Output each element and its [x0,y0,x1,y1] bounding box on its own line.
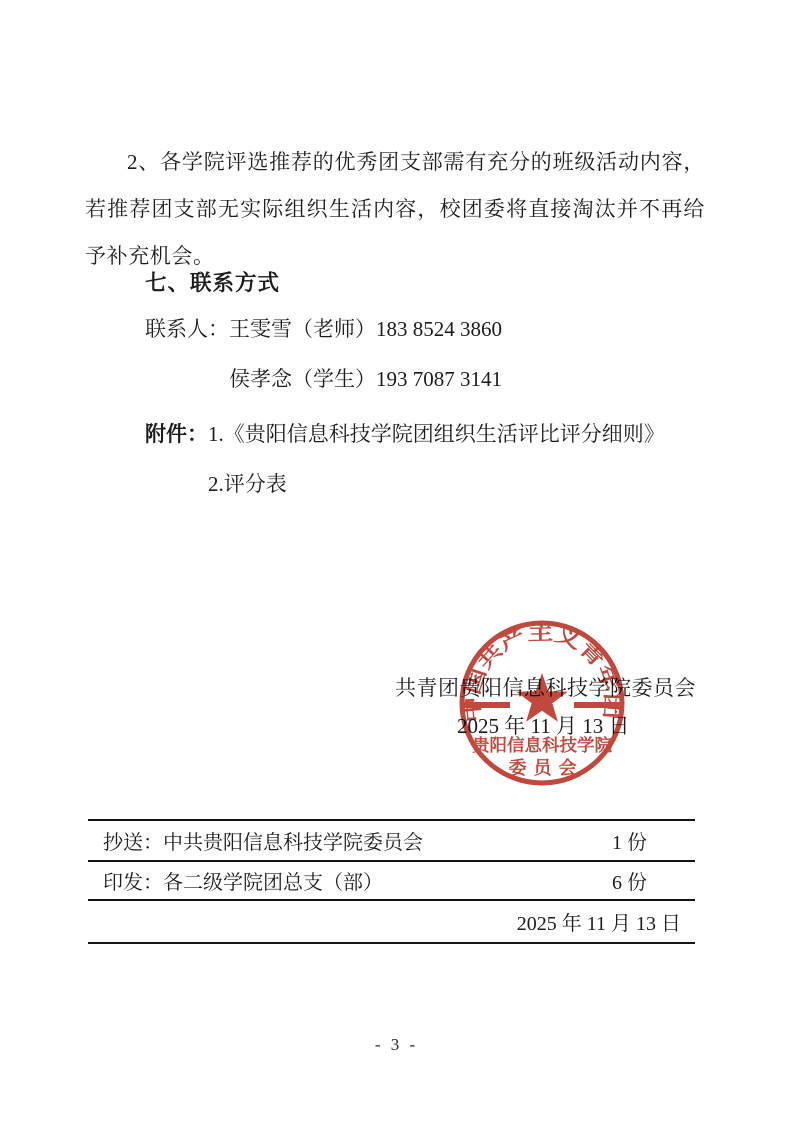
page-number: - 3 - [0,1035,793,1055]
contact-label: 联系人： [145,304,229,404]
print-date: 2025 年 11 月 13 日 [517,907,681,936]
issued-count: 6 份 [612,866,647,895]
contact-entry-student: 侯孝念（学生）193 7087 3141 [229,354,502,404]
table-row-issued-to: 印发：各二级学院团总支（部） 6 份 [88,860,695,899]
attachments-label: 附件： [145,409,208,509]
seal-committee-text: 委员会 [509,757,584,778]
distribution-table: 抄送：中共贵阳信息科技学院委员会 1 份 印发：各二级学院团总支（部） 6 份 … [88,819,695,944]
official-seal: 中国共产主义青年团 贵阳信息科技学院 委员会 [457,618,627,788]
document-page: 2、各学院评选推荐的优秀团支部需有充分的班级活动内容，若推荐团支部无实际组织生活… [0,0,793,1122]
seal-school-name: 贵阳信息科技学院 [472,735,612,755]
contact-entry-teacher: 王雯雪（老师）183 8524 3860 [229,304,502,354]
attachment-item: 1.《贵阳信息科技学院团组织生活评比评分细则》 [208,409,665,459]
copy-to-label: 抄送：中共贵阳信息科技学院委员会 [103,826,423,855]
issued-to-label: 印发：各二级学院团总支（部） [103,866,383,895]
contact-section: 联系人： 王雯雪（老师）183 8524 3860 侯孝念（学生）193 708… [145,304,502,404]
table-row-copy-to: 抄送：中共贵阳信息科技学院委员会 1 份 [88,819,695,860]
body-paragraph: 2、各学院评选推荐的优秀团支部需有充分的班级活动内容，若推荐团支部无实际组织生活… [85,139,705,280]
section-heading-contact: 七、联系方式 [145,266,280,297]
star-icon [516,673,567,722]
contact-lines: 王雯雪（老师）183 8524 3860 侯孝念（学生）193 7087 314… [229,304,502,404]
seal-right-bar [574,702,620,708]
attachments-section: 附件： 1.《贵阳信息科技学院团组织生活评比评分细则》 2.评分表 [145,409,665,509]
attachment-lines: 1.《贵阳信息科技学院团组织生活评比评分细则》 2.评分表 [208,409,665,509]
seal-left-bar [464,702,510,708]
attachment-item: 2.评分表 [208,459,665,509]
table-row-print-date: 2025 年 11 月 13 日 [88,899,695,942]
copy-to-count: 1 份 [612,826,647,855]
